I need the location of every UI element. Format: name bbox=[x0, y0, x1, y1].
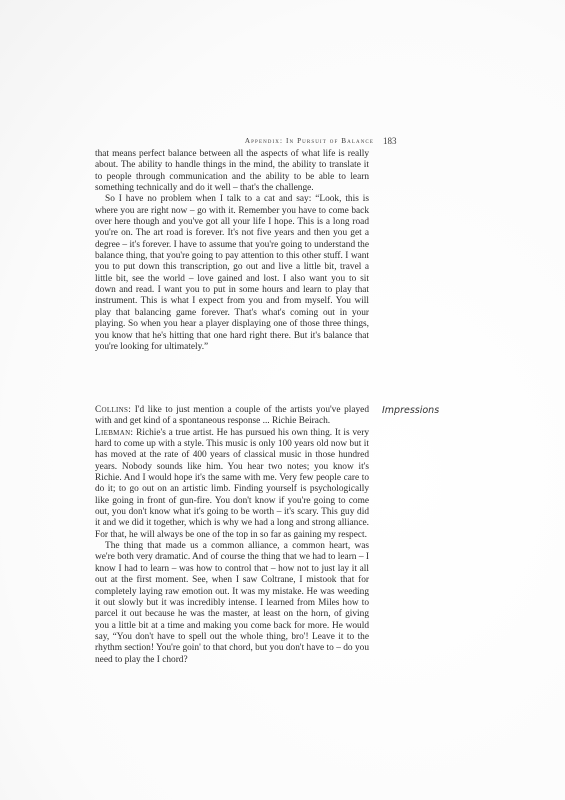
speaker-name: Liebman: bbox=[95, 428, 133, 438]
paragraph: that means perfect balance between all t… bbox=[95, 149, 369, 194]
paragraph: The thing that made us a common alliance… bbox=[95, 541, 369, 666]
text-block-2: Collins: I'd like to just mention a coup… bbox=[95, 405, 369, 666]
interview-line: Liebman: Richie's a true artist. He has … bbox=[95, 428, 369, 541]
interview-line: Collins: I'd like to just mention a coup… bbox=[95, 405, 369, 428]
paragraph: So I have no problem when I talk to a ca… bbox=[95, 194, 369, 353]
text-block-1: that means perfect balance between all t… bbox=[95, 149, 369, 353]
speech: Richie's a true artist. He has pursued h… bbox=[95, 428, 369, 540]
running-head: Appendix: In Pursuit of Balance bbox=[150, 137, 374, 145]
speech: I'd like to just mention a couple of the… bbox=[95, 405, 369, 426]
margin-heading: Impressions bbox=[382, 405, 439, 416]
page-number: 183 bbox=[383, 136, 397, 146]
book-page: Appendix: In Pursuit of Balance 183 that… bbox=[0, 0, 565, 800]
speaker-name: Collins: bbox=[95, 405, 131, 415]
